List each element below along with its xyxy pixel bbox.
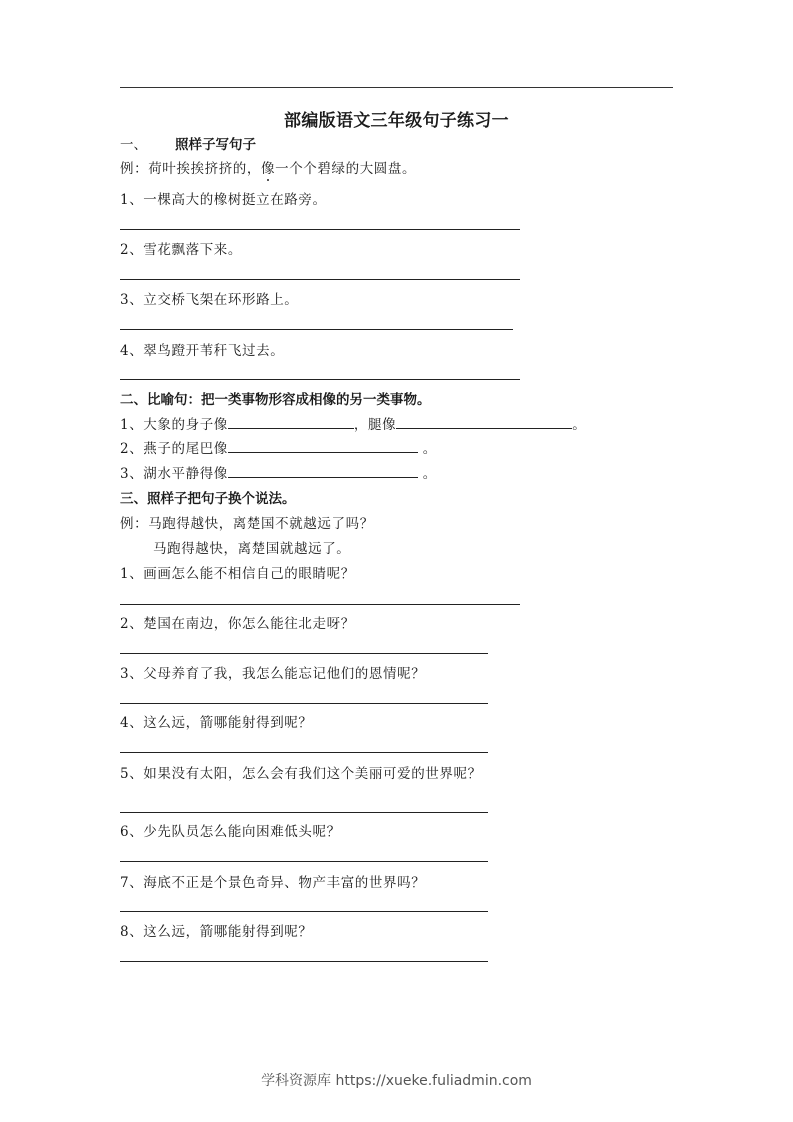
section1-item-1: 1、一棵高大的橡树挺立在路旁。 <box>120 188 327 208</box>
answer-line-s3-4[interactable] <box>120 752 488 753</box>
answer-line-s1-3[interactable] <box>120 329 513 330</box>
section3-item-2: 2、楚国在南边，你怎么能往北走呀？ <box>120 612 355 632</box>
answer-line-s1-2[interactable] <box>120 279 520 280</box>
simile-blank-3[interactable] <box>228 463 418 478</box>
answer-line-s3-5[interactable] <box>120 812 488 813</box>
section3-item-6: 6、少先队员怎么能向困难低头呢？ <box>120 820 341 840</box>
section3-item-8: 8、这么远，箭哪能射得到呢？ <box>120 920 313 940</box>
section3-item-3: 3、父母养育了我，我怎么能忘记他们的恩情呢？ <box>120 662 425 682</box>
section1-item-2: 2、雪花飘落下来。 <box>120 238 242 258</box>
emphasis-mark: 像 <box>261 161 275 177</box>
section1-example: 例：荷叶挨挨挤挤的，像一个个碧绿的大圆盘。 <box>120 157 416 177</box>
answer-line-s1-4[interactable] <box>120 379 520 380</box>
page-title: 部编版语文三年级句子练习一 <box>0 106 793 131</box>
section2-heading: 二、比喻句：把一类事物形容成相像的另一类事物。 <box>120 388 431 408</box>
section3-item-7: 7、海底不正是个景色奇异、物产丰富的世界吗？ <box>120 871 425 891</box>
section1-item-4: 4、翠鸟蹬开苇秆飞过去。 <box>120 339 284 359</box>
section3-example-1: 例：马跑得越快，离楚国不就越远了吗？ <box>120 512 374 532</box>
section3-item-4: 4、这么远，箭哪能射得到呢？ <box>120 711 313 731</box>
simile-blank-1a[interactable] <box>228 414 354 429</box>
simile-blank-1b[interactable] <box>396 414 572 429</box>
section3-example-2: 马跑得越快，离楚国就越远了。 <box>153 537 350 557</box>
simile-item-2: 2、燕子的尾巴像 。 <box>120 437 437 457</box>
answer-line-s3-1[interactable] <box>120 604 520 605</box>
simile-item-3: 3、湖水平静得像 。 <box>120 462 437 482</box>
simile-item-1: 1、大象的身子像，腿像。 <box>120 413 586 433</box>
section3-item-1: 1、画画怎么能不相信自己的眼睛呢？ <box>120 562 355 582</box>
answer-line-s3-6[interactable] <box>120 861 488 862</box>
footer-watermark: 学科资源库 https://xueke.fuliadmin.com <box>0 1070 793 1090</box>
answer-line-s3-2[interactable] <box>120 653 488 654</box>
answer-line-s1-1[interactable] <box>120 229 520 230</box>
answer-line-s3-7[interactable] <box>120 911 488 912</box>
section3-heading: 三、照样子把句子换个说法。 <box>120 487 296 507</box>
header-rule <box>120 87 673 88</box>
simile-blank-2[interactable] <box>228 438 418 453</box>
section1-item-3: 3、立交桥飞架在环形路上。 <box>120 288 298 308</box>
section3-item-5: 5、如果没有太阳，怎么会有我们这个美丽可爱的世界呢？ <box>120 762 482 782</box>
section1-title: 照样子写句子 <box>175 137 256 153</box>
answer-line-s3-3[interactable] <box>120 703 488 704</box>
answer-line-s3-8[interactable] <box>120 961 488 962</box>
section1-number: 一、 <box>120 137 147 153</box>
section1-heading: 一、照样子写句子 <box>120 133 256 153</box>
